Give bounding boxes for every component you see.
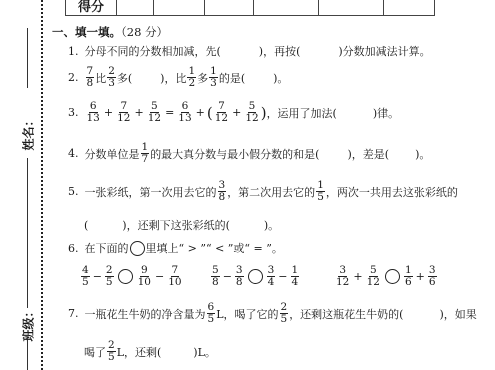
fraction: 38 [218,180,227,203]
operator: + [353,270,362,283]
question-text: 多 [197,70,208,86]
compare-circle[interactable] [248,269,263,284]
denominator: 12 [244,113,259,124]
fraction: 38 [235,265,244,288]
question-text: )。 [264,217,279,233]
question-number: 6. [68,242,79,255]
operator: − [93,270,102,283]
question-text: )。 [415,146,430,162]
question-text: )分数加减法计算。 [338,43,430,59]
question-text: )，再按( [259,43,301,59]
operator: − [223,270,232,283]
name-label: 姓名： [20,113,37,153]
class-write-line [27,340,28,370]
denominator: 5 [207,314,216,325]
question-number: 2. [68,71,79,84]
left-paren: ( [207,104,213,122]
fraction: 910 [137,265,152,288]
plus-sign: + [104,106,113,119]
class-label: 班级： [20,304,37,344]
plus-sign: + [134,106,143,119]
denominator: 5 [107,352,116,363]
question-text: 一张彩纸，第一次用去它的 [85,184,217,200]
question-number: 5. [68,185,79,198]
denominator: 2 [187,78,196,89]
denominator: 13 [86,113,101,124]
denominator: 5 [81,277,90,288]
fraction: 710 [167,265,182,288]
operator: − [155,270,164,283]
question-4: 4. 分数单位是 17 的最大真分数与最小假分数的和是( )，差是( )。 [68,142,430,165]
fraction: 25 [105,265,114,288]
question-text: L，喝了它的 [216,306,278,322]
fraction: 16 [404,265,413,288]
fraction: 65 [207,302,216,325]
question-text: )，差是( [347,146,389,162]
fraction: 34 [267,265,276,288]
question-text: )律。 [373,105,399,121]
denominator: 12 [335,277,350,288]
fraction: 58 [211,265,220,288]
denominator: 6 [404,277,413,288]
question-text: )，比 [160,70,186,86]
section-title: 一、填一填。（28 分） [52,24,168,40]
denominator: 12 [366,277,381,288]
question-text: )，如果 [439,306,476,322]
denominator: 5 [280,314,289,325]
denominator: 7 [141,154,150,165]
compare-item-2: 58 − 38 34 − 14 [210,265,300,288]
question-6: 6. 在下面的 里填上“ > ”“ < ”或“ = ”。 [68,240,283,256]
score-label: 得分 [66,0,117,16]
score-cell[interactable] [205,0,254,16]
operator: − [278,270,287,283]
denominator: 8 [86,78,95,89]
question-text: ，还剩这瓶花生牛奶的( [289,306,403,322]
fraction: 712 [214,101,229,124]
denominator: 3 [107,78,116,89]
fraction: 78 [86,66,95,89]
question-text: 一瓶花生牛奶的净含量为 [85,306,206,322]
score-cell[interactable] [384,0,435,16]
score-cell[interactable] [117,0,154,16]
question-number: 4. [68,147,79,160]
denominator: 12 [116,113,131,124]
question-text: 喝了 [84,344,106,360]
question-text: ，两次一共用去这张彩纸的 [326,184,458,200]
denominator: 8 [218,192,227,203]
section-points: （28 分） [121,25,168,39]
question-text: )。 [273,70,288,86]
denominator: 13 [177,113,192,124]
question-number: 1. [68,45,79,58]
fraction: 512 [244,101,259,124]
operator: + [416,270,425,283]
fraction: 512 [366,265,381,288]
fraction: 613 [177,101,192,124]
score-cell[interactable] [154,0,205,16]
denominator: 8 [235,277,244,288]
plus-sign: + [196,106,205,119]
denominator: 4 [291,277,300,288]
compare-circle[interactable] [118,269,133,284]
denominator: 10 [167,277,182,288]
fraction: 23 [107,66,116,89]
fraction: 25 [107,340,116,363]
compare-circle[interactable] [385,269,400,284]
question-3: 3. 613 + 712 + 512 = 613 + ( 712 + 512 )… [68,101,399,124]
denominator: 10 [137,277,152,288]
fraction: 25 [280,302,289,325]
fraction: 712 [116,101,131,124]
question-text: 分母不同的分数相加减，先( [85,43,221,59]
name-write-line-top [27,28,28,88]
fraction: 312 [335,265,350,288]
compare-item-3: 312 + 512 16 + 36 [334,265,438,288]
question-5: 5. 一张彩纸，第一次用去它的 38 ，第二次用去它的 15 ，两次一共用去这张… [68,180,458,203]
question-text: )L。 [193,344,216,360]
question-text: 里填上“ > ”“ < ”或“ = ”。 [146,240,283,256]
question-5-line-2: ( )，还剩下这张彩纸的( )。 [84,217,279,233]
equals-sign: = [165,106,174,119]
fraction: 15 [316,180,325,203]
question-text: 的是( [219,70,245,86]
question-7: 7. 一瓶花生牛奶的净含量为 65 L，喝了它的 25 ，还剩这瓶花生牛奶的( … [68,302,477,325]
fraction: 512 [147,101,162,124]
denominator: 12 [214,113,229,124]
question-1: 1. 分母不同的分数相加减，先( )，再按( )分数加减法计算。 [68,43,431,59]
name-write-line [27,158,28,308]
question-2: 2. 78 比 23 多( )，比 12 多 13 的是( )。 [68,66,288,89]
circle-icon [130,241,145,256]
question-text: 比 [95,70,106,86]
score-cell[interactable] [254,0,319,16]
denominator: 8 [211,277,220,288]
compare-item-1: 45 − 25 910 − 710 [80,265,184,288]
question-text: ，运用了加法( [267,105,337,121]
fraction: 36 [428,265,437,288]
question-text: )，还剩下这张彩纸的( [122,217,230,233]
question-number: 7. [68,307,79,320]
question-text: ，第二次用去它的 [227,184,315,200]
question-text: 多( [117,70,132,86]
fraction: 12 [187,66,196,89]
score-table: 得分 [65,0,435,16]
fraction: 17 [141,142,150,165]
fraction: 13 [209,66,218,89]
fraction: 14 [291,265,300,288]
denominator: 5 [105,277,114,288]
plus-sign: + [232,106,241,119]
score-cell[interactable] [319,0,384,16]
question-text: ( [84,219,88,232]
denominator: 5 [316,192,325,203]
denominator: 4 [267,277,276,288]
denominator: 6 [428,277,437,288]
section-title-text: 一、填一填。 [52,25,121,39]
question-text: 的最大真分数与最小假分数的和是( [150,146,319,162]
question-text: 在下面的 [85,240,129,256]
denominator: 12 [147,113,162,124]
question-number: 3. [68,106,79,119]
question-7-line-2: 喝了 25 L，还剩( )L。 [84,340,216,363]
binding-dashed-line [41,0,43,370]
question-text: L，还剩( [117,344,162,360]
denominator: 3 [209,78,218,89]
fraction: 613 [86,101,101,124]
fraction: 45 [81,265,90,288]
question-text: 分数单位是 [85,146,140,162]
